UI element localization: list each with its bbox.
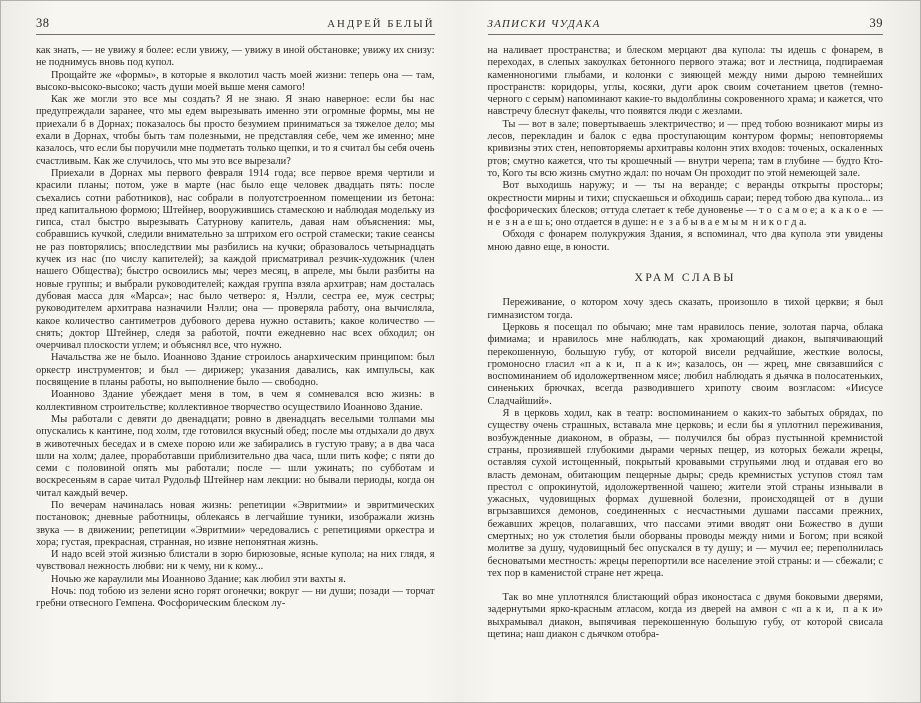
book-spread: 38 АНДРЕЙ БЕЛЫЙ как знать, — не увижу я … [0,0,921,703]
paragraph: Ночью же караулили мы Иоанново Здание; к… [36,574,435,586]
running-head-left: 38 АНДРЕЙ БЕЛЫЙ [36,16,435,35]
running-head-title: ЗАПИСКИ ЧУДАКА [488,18,601,30]
paragraph: Мы работали с девяти до двенадцати; ровн… [36,414,435,500]
section-heading: ХРАМ СЛАВЫ [488,272,884,284]
paragraph: Как же могли это все мы создать? Я не зн… [36,94,435,168]
paragraph: Иоанново Здание убеждает меня в том, в ч… [36,389,435,414]
running-head-right: ЗАПИСКИ ЧУДАКА 39 [488,16,884,35]
paragraph: Церковь я посещал по обычаю; мне там нра… [488,322,884,408]
page-39: ЗАПИСКИ ЧУДАКА 39 на наливает пространст… [461,1,921,702]
paragraph: на наливает пространства; и блеском мерц… [488,45,884,119]
running-head-author: АНДРЕЙ БЕЛЫЙ [327,18,434,30]
page-38-text: как знать, — не увижу я более: если увиж… [36,45,435,611]
page-number-right: 39 [870,16,884,31]
paragraph: как знать, — не увижу я более: если увиж… [36,45,435,70]
paragraph: Так во мне уплотнялся блистающий образ и… [488,592,884,641]
paragraph: Прощайте же «формы», в которые я вколоти… [36,70,435,95]
paragraph: Переживание, о котором хочу здесь сказат… [488,297,884,322]
paragraph: Приехали в Дорнах мы первого февраля 191… [36,168,435,352]
paragraph: Ночь: под тобою из зелени ясно горят ого… [36,586,435,611]
page-39-text: на наливает пространства; и блеском мерц… [488,45,884,641]
page-38: 38 АНДРЕЙ БЕЛЫЙ как знать, — не увижу я … [1,1,461,702]
paragraph: Вот выходишь наружу; и — ты на веранде; … [488,180,884,229]
paragraph: По вечерам начиналась новая жизнь: репет… [36,500,435,549]
paragraph: Начальства же не было. Иоанново Здание с… [36,352,435,389]
paragraph: И надо всей этой жизнью блистали в зорю … [36,549,435,574]
page-number-left: 38 [36,16,50,31]
paragraph: Я в церковь ходил, как в театр: воспомин… [488,408,884,580]
paragraph: Обходя с фонарем полукружия Здания, я вс… [488,229,884,254]
paragraph: Ты — вот в зале; повертываешь электричес… [488,119,884,180]
